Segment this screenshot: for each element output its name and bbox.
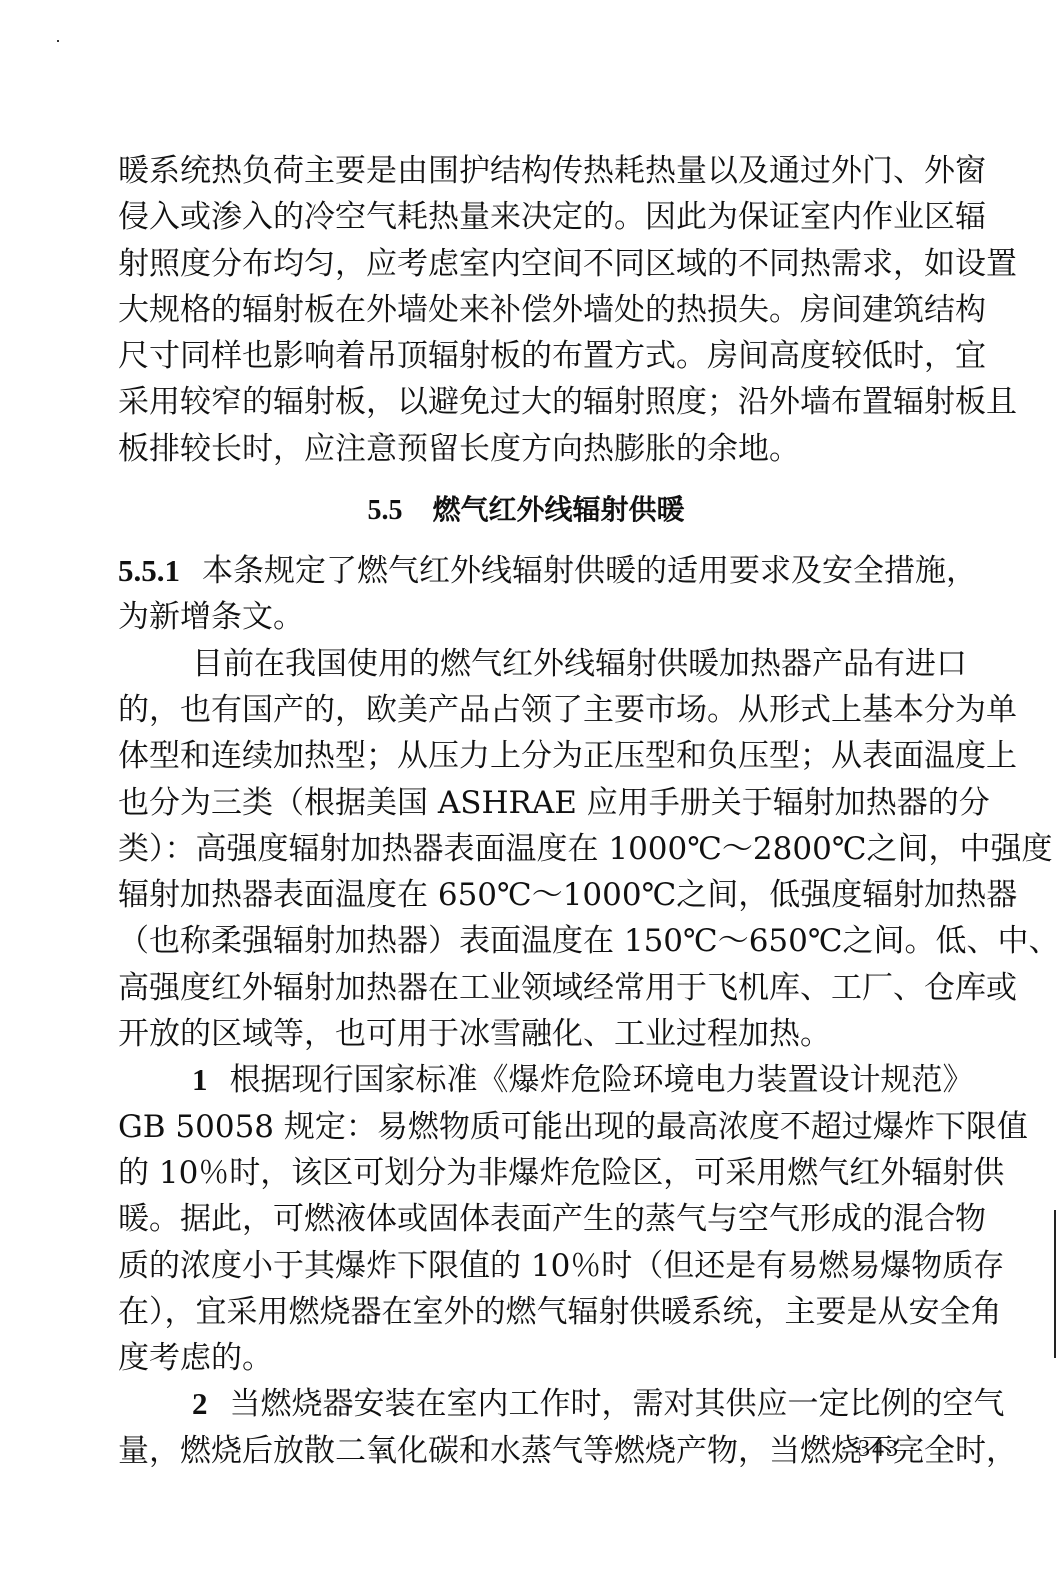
text-line: 暖系统热负荷主要是由围护结构传热耗热量以及通过外门、外窗 — [118, 148, 934, 194]
clause-text: 本条规定了燃气红外线辐射供暖的适用要求及安全措施， — [202, 553, 977, 589]
document-page: 暖系统热负荷主要是由围护结构传热耗热量以及通过外门、外窗 侵入或渗入的冷空气耗热… — [118, 148, 934, 1474]
text-line: （也称柔强辐射加热器）表面温度在 150℃～650℃之间。低、中、 — [118, 918, 934, 964]
text-line: 在），宜采用燃烧器在室外的燃气辐射供暖系统，主要是从安全角 — [118, 1289, 934, 1335]
text-line: 的，也有国产的，欧美产品占领了主要市场。从形式上基本分为单 — [118, 687, 934, 733]
text-line: 尺寸同样也影响着吊顶辐射板的布置方式。房间高度较低时，宜 — [118, 333, 934, 379]
text-line: 采用较窄的辐射板，以避免过大的辐射照度；沿外墙布置辐射板且 — [118, 379, 934, 425]
text-line: 暖。据此，可燃液体或固体表面产生的蒸气与空气形成的混合物 — [118, 1196, 934, 1242]
text-line: 度考虑的。 — [118, 1335, 934, 1381]
text-line: 的 10％时，该区可划分为非爆炸危险区，可采用燃气红外辐射供 — [118, 1150, 934, 1196]
text-line: 板排较长时，应注意预留长度方向热膨胀的余地。 — [118, 426, 934, 472]
text-line: 5.5.1本条规定了燃气红外线辐射供暖的适用要求及安全措施， — [118, 548, 934, 594]
text-line: 射照度分布均匀，应考虑室内空间不同区域的不同热需求，如设置 — [118, 241, 934, 287]
section-number: 5.5 — [367, 495, 402, 526]
text-line: 大规格的辐射板在外墙处来补偿外墙处的热损失。房间建筑结构 — [118, 287, 934, 333]
text-line: 也分为三类（根据美国 ASHRAE 应用手册关于辐射加热器的分 — [118, 780, 934, 826]
text-line: 为新增条文。 — [118, 594, 934, 640]
text-line: 高强度红外辐射加热器在工业领域经常用于飞机库、工厂、仓库或 — [118, 965, 934, 1011]
text-line: 体型和连续加热型；从压力上分为正压型和负压型；从表面温度上 — [118, 733, 934, 779]
section-heading: 5.5燃气红外线辐射供暖 — [118, 480, 934, 546]
text-line: 质的浓度小于其爆炸下限值的 10％时（但还是有易燃易爆物质存 — [118, 1243, 934, 1289]
scan-artifact-dot — [57, 40, 59, 42]
text-line: 1根据现行国家标准《爆炸危险环境电力装置设计规范》 — [118, 1057, 934, 1103]
item-text: 当燃烧器安装在室内工作时，需对其供应一定比例的空气 — [230, 1386, 1005, 1422]
page-number: · 343 · — [840, 1436, 918, 1463]
text-line: 2当燃烧器安装在室内工作时，需对其供应一定比例的空气 — [118, 1381, 934, 1427]
text-line: 目前在我国使用的燃气红外线辐射供暖加热器产品有进口 — [118, 641, 934, 687]
item-number: 2 — [192, 1386, 208, 1421]
text-line: 侵入或渗入的冷空气耗热量来决定的。因此为保证室内作业区辐 — [118, 194, 934, 240]
text-line: 量，燃烧后放散二氧化碳和水蒸气等燃烧产物，当燃烧不完全时， — [118, 1428, 934, 1474]
clause-number: 5.5.1 — [118, 553, 180, 588]
clause-5-5-1: 5.5.1本条规定了燃气红外线辐射供暖的适用要求及安全措施， 为新增条文。 — [118, 548, 934, 641]
paragraph-continuation: 暖系统热负荷主要是由围护结构传热耗热量以及通过外门、外窗 侵入或渗入的冷空气耗热… — [118, 148, 934, 472]
text-line: GB 50058 规定：易燃物质可能出现的最高浓度不超过爆炸下限值 — [118, 1104, 934, 1150]
item-1: 1根据现行国家标准《爆炸危险环境电力装置设计规范》 GB 50058 规定：易燃… — [118, 1057, 934, 1381]
text-line: 类）：高强度辐射加热器表面温度在 1000℃～2800℃之间，中强度 — [118, 826, 934, 872]
section-title: 燃气红外线辐射供暖 — [432, 493, 684, 526]
text-line: 辐射加热器表面温度在 650℃～1000℃之间，低强度辐射加热器 — [118, 872, 934, 918]
text-line: 开放的区域等，也可用于冰雪融化、工业过程加热。 — [118, 1011, 934, 1057]
item-2: 2当燃烧器安装在室内工作时，需对其供应一定比例的空气 量，燃烧后放散二氧化碳和水… — [118, 1381, 934, 1474]
paragraph-heater-types: 目前在我国使用的燃气红外线辐射供暖加热器产品有进口 的，也有国产的，欧美产品占领… — [118, 641, 934, 1058]
item-number: 1 — [192, 1062, 208, 1097]
item-text: 根据现行国家标准《爆炸危险环境电力装置设计规范》 — [230, 1062, 974, 1098]
